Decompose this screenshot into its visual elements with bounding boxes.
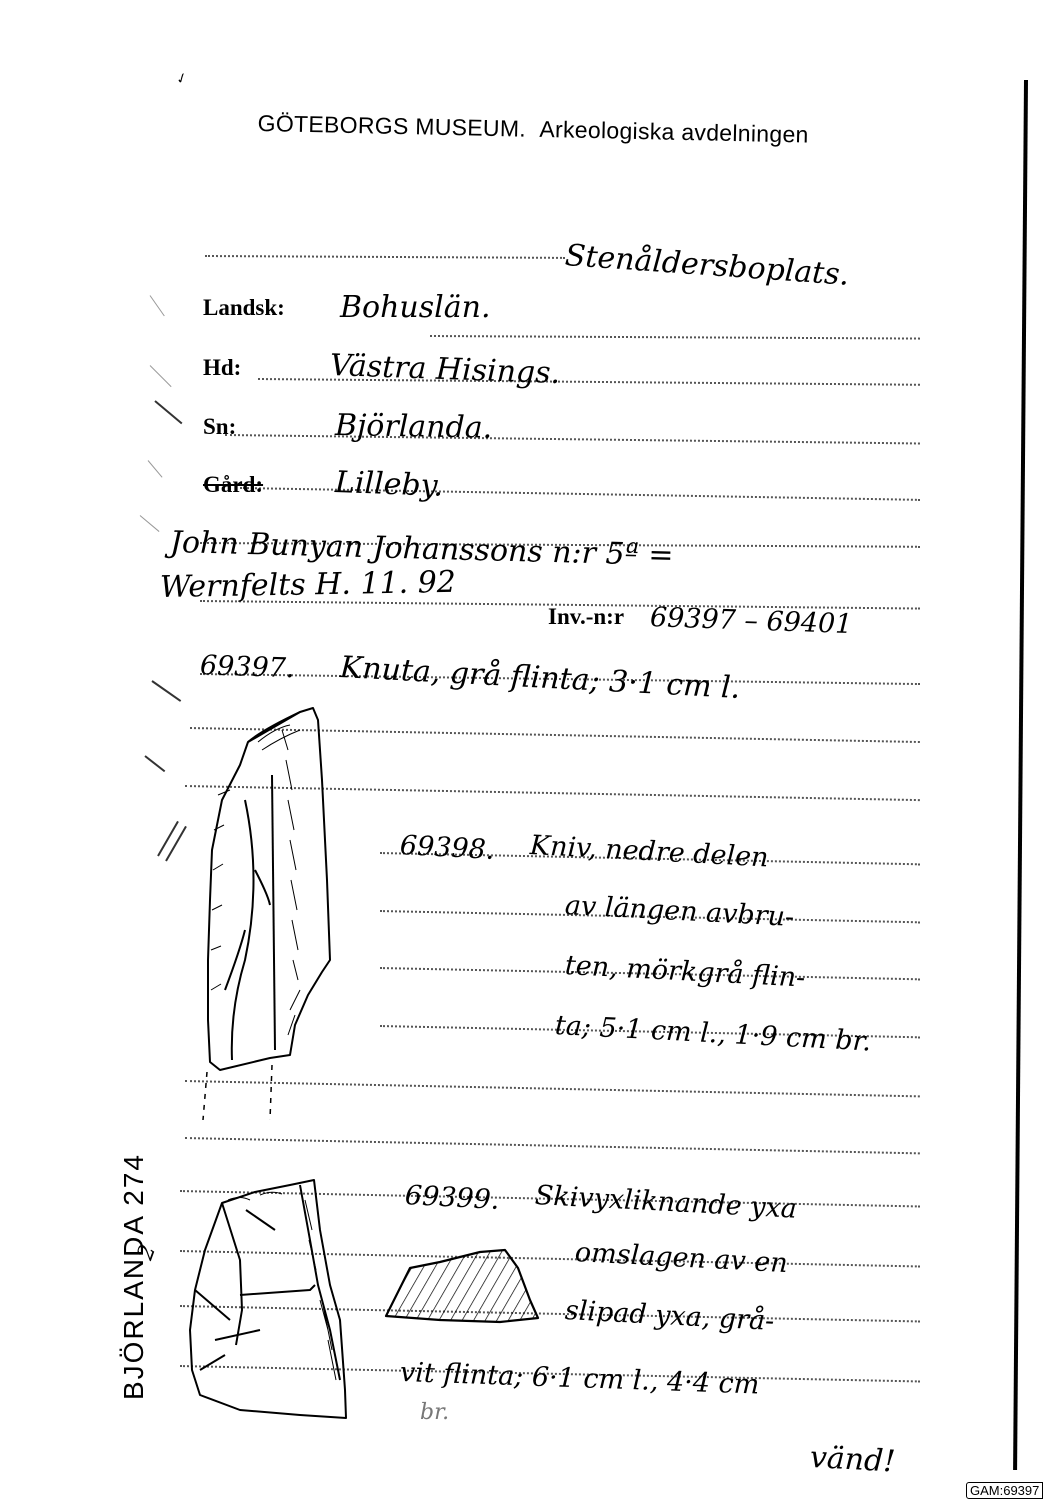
catalog-card: ✓ GÖTEBORGS MUSEUM. Arkeologiska avdelni… [0, 0, 1057, 1500]
axe-cross-section-drawing [0, 0, 1057, 1500]
corner-id-tag: GAM:69397 [966, 1482, 1043, 1499]
